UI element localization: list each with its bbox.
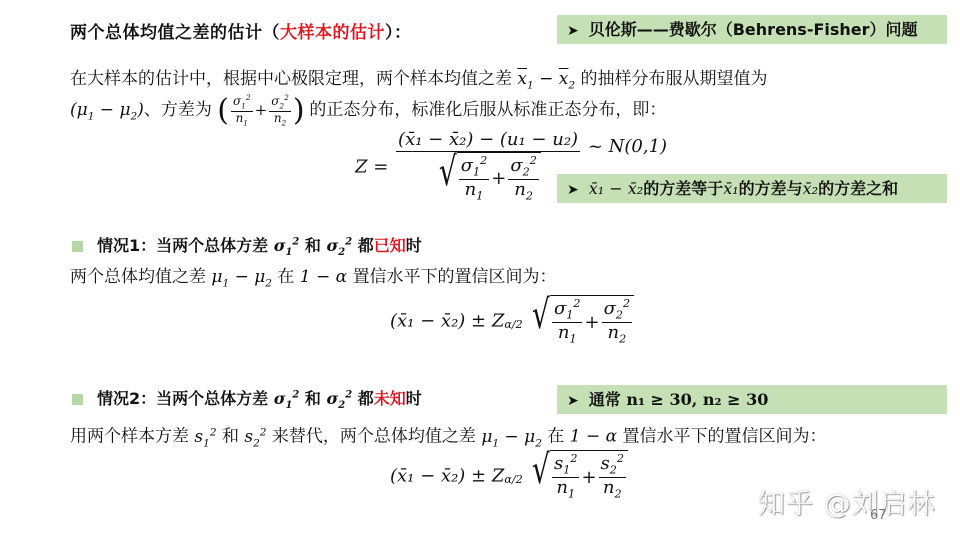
case-text: 和 bbox=[305, 389, 321, 408]
intro-text: 在大样本的估计中，根据中心极限定理，两个样本均值之差 bbox=[70, 69, 512, 89]
title-prefix: 两个总体均值之差的估计（ bbox=[70, 23, 280, 43]
case-text: 来替代，两个总体均值之差 bbox=[272, 427, 476, 447]
case-text: 置信水平下的置信区间为： bbox=[622, 427, 826, 447]
case-text: 时 bbox=[406, 236, 422, 255]
arrow-bullet-icon: ➤ bbox=[567, 182, 579, 198]
case-text: 都 bbox=[358, 236, 374, 255]
slide-title: 两个总体均值之差的估计（大样本的估计）： bbox=[70, 18, 412, 43]
note-math: x̄₁ bbox=[723, 179, 738, 198]
note-large-sample: ➤通常 n₁ ≥ 30, n₂ ≥ 30 bbox=[557, 385, 947, 414]
interval-sqrt: √ σ12n1+σ22n2 bbox=[528, 295, 634, 347]
math-sigma1-sq: σ12 bbox=[274, 236, 300, 255]
math-s1-sq: s12 bbox=[194, 427, 216, 447]
case2-interval-formula: (x̄₁ − x̄₂) ± Zα/2 √ s12n1+s22n2 bbox=[390, 450, 628, 502]
z-numerator: (x̄₁ − x̄₂) − (u₁ − u₂) bbox=[396, 130, 580, 152]
title-suffix: ）： bbox=[385, 23, 412, 43]
interval-sqrt: √ s12n1+s22n2 bbox=[528, 450, 628, 502]
math-sigma2-sq: σ22 bbox=[327, 389, 353, 408]
note-text: 通常 bbox=[589, 390, 621, 409]
case-text: 情况1：当两个总体方差 bbox=[97, 236, 268, 255]
case-text: 在 bbox=[547, 427, 564, 447]
watermark: 知乎 @刘启林 bbox=[758, 482, 936, 521]
square-bullet-icon bbox=[72, 394, 83, 405]
z-lhs: Z = bbox=[355, 156, 388, 177]
math-mu-diff: (μ1 − μ2) bbox=[70, 100, 144, 120]
math-s2-sq: s22 bbox=[244, 427, 266, 447]
case2-heading: 情况2：当两个总体方差 σ12 和 σ22 都未知时 bbox=[72, 386, 422, 411]
case-text: 时 bbox=[406, 389, 422, 408]
note-math: x̄₂ bbox=[803, 179, 818, 198]
case1-description: 两个总体均值之差 μ1 − μ2 在 1 − α 置信水平下的置信区间为： bbox=[70, 262, 557, 298]
z-fraction: (x̄₁ − x̄₂) − (u₁ − u₂) √ σ12n1+σ22n2 bbox=[396, 130, 580, 204]
title-highlight: 大样本的估计 bbox=[280, 23, 385, 43]
case-text: 两个总体均值之差 bbox=[70, 267, 206, 287]
math-mu-diff: μ1 − μ2 bbox=[211, 267, 272, 287]
interval-sub: α/2 bbox=[504, 473, 522, 486]
case1-interval-formula: (x̄₁ − x̄₂) ± Zα/2 √ σ12n1+σ22n2 bbox=[390, 295, 634, 347]
intro-text: 的正态分布，标准化后服从标准正态分布，即： bbox=[309, 100, 666, 120]
math-one-minus-alpha: 1 − α bbox=[300, 267, 347, 287]
z-denominator: √ σ12n1+σ22n2 bbox=[435, 152, 541, 204]
case-text: 情况2：当两个总体方差 bbox=[97, 389, 268, 408]
case1-highlight: 已知 bbox=[374, 236, 406, 255]
note-behrens-fisher: ➤贝伦斯——费歇尔（Behrens-Fisher）问题 bbox=[557, 15, 947, 44]
math-variance-expr: (σ12n1+σ22n2) bbox=[217, 101, 309, 119]
math-sigma2-sq: σ22 bbox=[327, 236, 353, 255]
math-xbar-diff: x1 − x2 bbox=[517, 69, 575, 89]
arrow-bullet-icon: ➤ bbox=[567, 393, 579, 409]
intro-line-2: (μ1 − μ2)、方差为 (σ12n1+σ22n2) 的正态分布，标准化后服从… bbox=[70, 94, 666, 131]
math-mu-diff: μ1 − μ2 bbox=[481, 427, 542, 447]
intro-text: 、方差为 bbox=[144, 100, 212, 120]
note-math: n₁ ≥ 30, n₂ ≥ 30 bbox=[626, 390, 768, 409]
math-sigma1-sq: σ12 bbox=[274, 389, 300, 408]
case1-heading: 情况1：当两个总体方差 σ12 和 σ22 都已知时 bbox=[72, 233, 422, 258]
square-bullet-icon bbox=[72, 241, 83, 252]
interval-lead: (x̄₁ − x̄₂) ± Z bbox=[390, 465, 504, 486]
note-text: 的方差等于 bbox=[643, 179, 723, 198]
z-rhs: ~ N(0,1) bbox=[588, 136, 667, 157]
math-one-minus-alpha: 1 − α bbox=[570, 427, 617, 447]
intro-text: 的抽样分布服从期望值为 bbox=[580, 69, 767, 89]
case-text: 和 bbox=[305, 236, 321, 255]
case-text: 置信水平下的置信区间为： bbox=[353, 267, 557, 287]
note-text: 的方差与 bbox=[739, 179, 803, 198]
note-text: 贝伦斯——费歇尔（Behrens-Fisher）问题 bbox=[589, 20, 918, 39]
case2-highlight: 未知 bbox=[374, 389, 406, 408]
interval-lead: (x̄₁ − x̄₂) ± Z bbox=[390, 310, 504, 331]
page-number: 67 bbox=[870, 508, 887, 523]
note-text: 的方差之和 bbox=[818, 179, 898, 198]
case-text: 用两个样本方差 bbox=[70, 427, 189, 447]
note-variance-sum: ➤x̄₁ − x̄₂的方差等于x̄₁的方差与x̄₂的方差之和 bbox=[557, 174, 947, 203]
interval-sub: α/2 bbox=[504, 318, 522, 331]
case-text: 和 bbox=[222, 427, 239, 447]
arrow-bullet-icon: ➤ bbox=[567, 23, 579, 39]
case-text: 在 bbox=[277, 267, 294, 287]
note-math: x̄₁ − x̄₂ bbox=[589, 179, 643, 198]
case-text: 都 bbox=[358, 389, 374, 408]
